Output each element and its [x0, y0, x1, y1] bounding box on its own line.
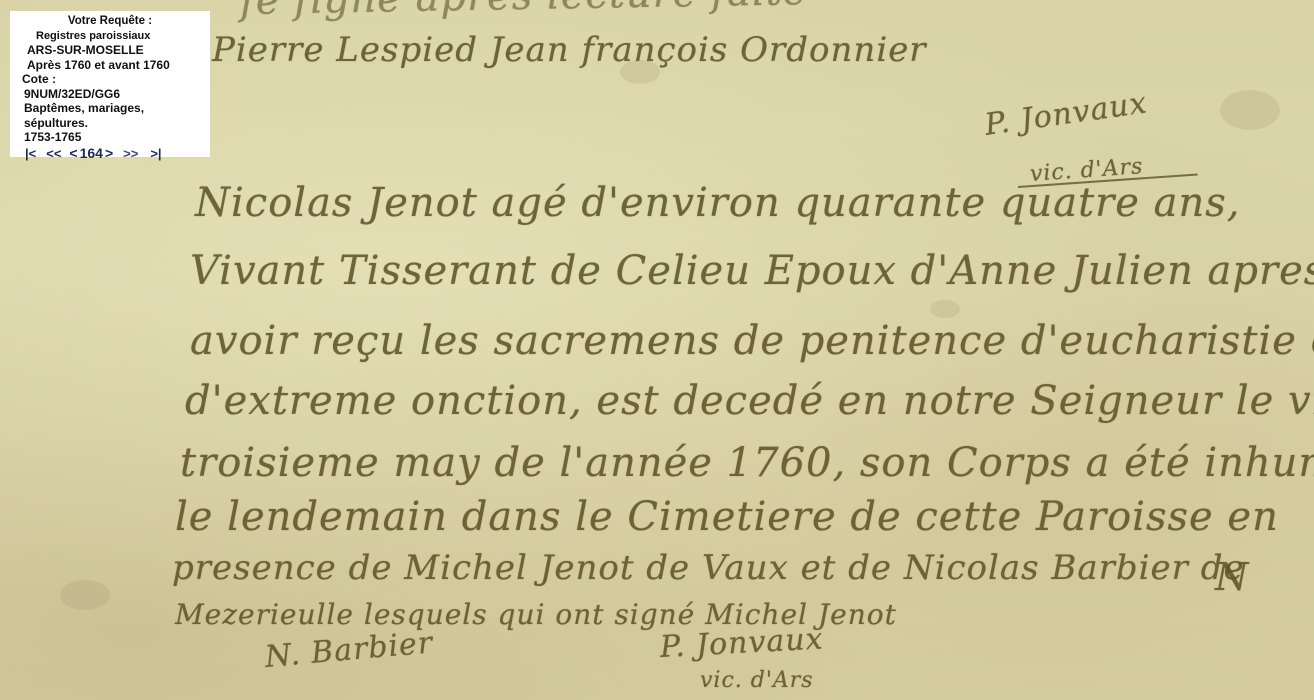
handwritten-line: d'extreme onction, est decedé en notre S… — [185, 378, 1314, 424]
last-page-link[interactable]: >| — [150, 147, 161, 162]
query-heading: Votre Requête : — [22, 14, 210, 29]
page-navigation: |< << < 164 > >> >| — [25, 146, 210, 162]
query-info-box: Votre Requête : Registres paroissiaux AR… — [10, 11, 210, 157]
handwritten-line: Nicolas Jenot agé d'environ quarante qua… — [195, 180, 1241, 226]
margin-mark: N — [1215, 555, 1249, 599]
date-range-label: Après 1760 et avant 1760 — [27, 58, 210, 73]
description-line-1: Baptêmes, mariages, — [24, 101, 210, 116]
cote-label: Cote : — [22, 72, 210, 87]
commune-label: ARS-SUR-MOSELLE — [27, 43, 210, 58]
handwritten-line-cut: ſe ſigné apres lecture faite — [240, 0, 808, 24]
next-page-link[interactable]: > — [105, 146, 113, 161]
signature-vicar-bottom: P. Jonvaux — [659, 621, 824, 665]
handwritten-line: Vivant Tisserant de Celieu Epoux d'Anne … — [190, 248, 1314, 294]
current-page-number: 164 — [80, 146, 103, 161]
previous-page-link[interactable]: < — [69, 146, 77, 161]
years-label: 1753-1765 — [24, 130, 210, 145]
handwritten-line: presence de Michel Jenot de Vaux et de N… — [172, 548, 1245, 588]
collection-label: Registres paroissiaux — [36, 29, 210, 44]
signature-vicar-top: P. Jonvaux — [983, 85, 1150, 142]
handwritten-line: troisieme may de l'année 1760, son Corps… — [180, 440, 1314, 486]
handwritten-line: le lendemain dans le Cimetiere de cette … — [175, 494, 1279, 540]
back-ten-pages-link[interactable]: << — [46, 147, 61, 162]
signature-vicar-bottom-title: vic. d'Ars — [700, 668, 814, 693]
signature-witness: N. Barbier — [263, 625, 434, 675]
first-page-link[interactable]: |< — [25, 147, 36, 162]
handwritten-line: Pierre Lespied Jean françois Ordonnier — [212, 30, 927, 70]
description-line-2: sépultures. — [24, 116, 210, 131]
forward-ten-pages-link[interactable]: >> — [123, 147, 138, 162]
handwritten-line: avoir reçu les sacremens de penitence d'… — [190, 318, 1314, 364]
cote-value: 9NUM/32ED/GG6 — [24, 87, 210, 102]
